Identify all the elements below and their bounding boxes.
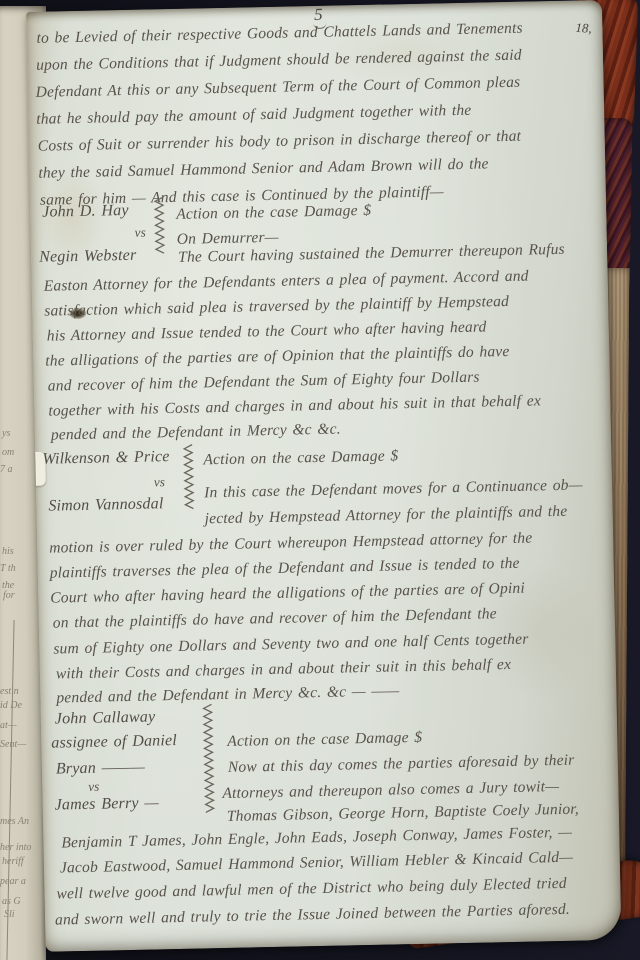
manuscript-line: Now at this day comes the parties afores… xyxy=(228,752,575,777)
manuscript-line: pended and the Defendant in Mercy &c. &c… xyxy=(56,682,399,707)
case1-defendant: Negin Webster xyxy=(39,247,137,267)
manuscript-line: his xyxy=(2,546,14,557)
manuscript-line: they the said Samuel Hammond Senior and … xyxy=(38,155,489,182)
manuscript-line: T th xyxy=(0,563,16,574)
manuscript-line: Thomas Gibson, George Horn, Baptiste Coe… xyxy=(227,801,579,826)
manuscript-line: ys xyxy=(2,428,10,439)
manuscript-line: together with his Costs and charges in a… xyxy=(48,392,541,420)
manuscript-line: pended and the Defendant in Mercy &c &c. xyxy=(51,421,341,445)
case2-action: Action on the case Damage $ xyxy=(203,447,398,469)
manuscript-line: id De xyxy=(0,700,22,711)
manuscript-line: that he should pay the amount of said Ju… xyxy=(36,102,472,129)
manuscript-line: Benjamin T James, John Engle, John Eads,… xyxy=(61,824,572,853)
case1-subhead: On Demurrer— xyxy=(177,229,279,249)
manuscript-line: Sent— xyxy=(0,739,26,750)
manuscript-line: and recover of him the Defendant the Sum… xyxy=(48,369,480,396)
case1-action: Action on the case Damage $ xyxy=(176,202,371,224)
manuscript-line: heriff xyxy=(2,856,24,867)
manuscript-line: Costs of Suit or surrender his body to p… xyxy=(38,128,522,156)
manuscript-line: with their Costs and charges in and abou… xyxy=(56,656,512,684)
manuscript-line: plaintiffs traverses the plea of the Def… xyxy=(50,555,520,583)
manuscript-line: his Attorney and Issue tended to the Cou… xyxy=(47,318,487,345)
manuscript-line: the alligations of the parties are of Op… xyxy=(45,343,510,371)
case-brace-squiggle xyxy=(200,702,216,816)
case3-plaintiff-line3: Bryan ——— xyxy=(56,759,145,779)
manuscript-line: on that the plaintiffs do have and recov… xyxy=(53,605,497,632)
case2-plaintiff: Wilkenson & Price xyxy=(42,448,170,469)
manuscript-line: her into xyxy=(0,842,31,853)
manuscript-line: as G xyxy=(2,896,21,907)
case3-plaintiff-line2: assignee of Daniel xyxy=(51,732,177,753)
manuscript-line: satisfaction which said plea is traverse… xyxy=(44,293,509,321)
manuscript-line: Attorneys and thereupon also comes a Jur… xyxy=(222,778,559,803)
case1-vs: vs xyxy=(134,225,146,241)
case-brace-squiggle xyxy=(181,443,196,513)
manuscript-line: 7 a xyxy=(0,464,13,475)
manuscript-line: est n xyxy=(0,686,19,697)
case3-vs: vs xyxy=(88,779,100,795)
case3-action: Action on the case Damage $ xyxy=(227,729,422,751)
case2-defendant: Simon Vannosdal xyxy=(48,495,164,515)
manuscript-line: Defendant At this or any Subsequent Term… xyxy=(36,74,521,102)
edge-page-number: 18, xyxy=(575,20,592,37)
manuscript-line: sum of Eighty one Dollars and Seventy tw… xyxy=(53,631,528,659)
manuscript-line: Sli xyxy=(4,909,15,920)
manuscript-page: 5 18, to be Levied of their respective G… xyxy=(26,0,622,952)
book-photograph: { "document": { "page_number": "5", "edg… xyxy=(0,0,640,960)
manuscript-line: In this case the Defendant moves for a C… xyxy=(204,476,583,502)
manuscript-line: Court who after having heard the alligat… xyxy=(50,580,525,608)
manuscript-line: for xyxy=(3,590,15,601)
manuscript-line: motion is over ruled by the Court whereu… xyxy=(49,530,533,558)
manuscript-line: om xyxy=(2,447,14,458)
manuscript-line: at— xyxy=(0,720,17,731)
manuscript-line: Easton Attorney for the Defendants enter… xyxy=(44,268,529,296)
case3-plaintiff-line1: John Callaway xyxy=(55,708,156,728)
case-brace-squiggle xyxy=(152,195,167,255)
manuscript-line: and sworn well and truly to trie the Iss… xyxy=(55,901,570,930)
case1-plaintiff: John D. Hay xyxy=(42,202,129,222)
manuscript-line: well twelve good and lawful men of the D… xyxy=(56,875,567,904)
manuscript-line: jected by Hempstead Attorney for the pla… xyxy=(204,503,567,529)
manuscript-line: mes An xyxy=(0,816,29,827)
case2-vs: vs xyxy=(154,474,166,490)
manuscript-line: Jacob Eastwood, Samuel Hammond Senior, W… xyxy=(60,849,574,878)
manuscript-line: pear a xyxy=(0,876,26,887)
case3-defendant: James Berry — xyxy=(54,794,159,814)
